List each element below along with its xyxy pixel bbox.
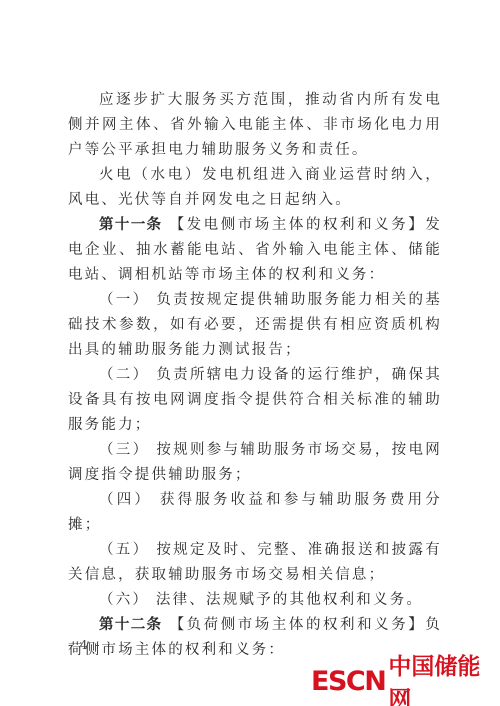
paragraph-text: （一） 负责按规定提供辅助服务能力相关的基础技术参数，如有必要，还需提供有相应资… xyxy=(68,292,442,358)
escn-logo: ESCN 中国储能网 xyxy=(311,666,500,696)
clause-6: （六） 法律、法规赋予的其他权利和义务。 xyxy=(68,588,442,613)
article-12: 第十二条 【负荷侧市场主体的权利和义务】负荷侧市场主体的权利和义务： xyxy=(68,613,442,663)
paragraph-text: 火电（水电）发电机组进入商业运营时纳入，风电、光伏等自并网发电之日起纳入。 xyxy=(68,167,442,208)
paragraph-text: （五） 按规定及时、完整、准确报送和披露有关信息，获取辅助服务市场交易相关信息； xyxy=(68,542,442,583)
paragraph-text: （四） 获得服务收益和参与辅助服务费用分摊； xyxy=(68,492,442,533)
logo-brand-en: ESCN xyxy=(311,666,385,697)
paragraph-1: 应逐步扩大服务买方范围，推动省内所有发电侧并网主体、省外输入电能主体、非市场化电… xyxy=(68,88,442,163)
clause-1: （一） 负责按规定提供辅助服务能力相关的基础技术参数，如有必要，还需提供有相应资… xyxy=(68,288,442,363)
clause-2: （二） 负责所辖电力设备的运行维护，确保其设备具有按电网调度指令提供符合相关标准… xyxy=(68,363,442,438)
paragraph-text: （六） 法律、法规赋予的其他权利和义务。 xyxy=(99,592,423,608)
logo-brand-cn: 中国储能网 xyxy=(388,648,500,706)
clause-4: （四） 获得服务收益和参与辅助服务费用分摊； xyxy=(68,488,442,538)
paragraph-2: 火电（水电）发电机组进入商业运营时纳入，风电、光伏等自并网发电之日起纳入。 xyxy=(68,163,442,213)
clause-3: （三） 按规则参与辅助服务市场交易，按电网调度指令提供辅助服务； xyxy=(68,438,442,488)
paragraph-text: （二） 负责所辖电力设备的运行维护，确保其设备具有按电网调度指令提供符合相关标准… xyxy=(68,367,442,433)
clause-5: （五） 按规定及时、完整、准确报送和披露有关信息，获取辅助服务市场交易相关信息； xyxy=(68,538,442,588)
article-number: 第十二条 xyxy=(99,617,162,633)
paragraph-text: （三） 按规则参与辅助服务市场交易，按电网调度指令提供辅助服务； xyxy=(68,442,442,483)
page-number: - 4 - xyxy=(68,638,101,652)
article-11: 第十一条 【发电侧市场主体的权利和义务】发电企业、抽水蓄能电站、省外输入电能主体… xyxy=(68,213,442,288)
paragraph-text: 应逐步扩大服务买方范围，推动省内所有发电侧并网主体、省外输入电能主体、非市场化电… xyxy=(68,92,442,158)
article-number: 第十一条 xyxy=(99,217,162,233)
document-page: 应逐步扩大服务买方范围，推动省内所有发电侧并网主体、省外输入电能主体、非市场化电… xyxy=(68,88,442,663)
